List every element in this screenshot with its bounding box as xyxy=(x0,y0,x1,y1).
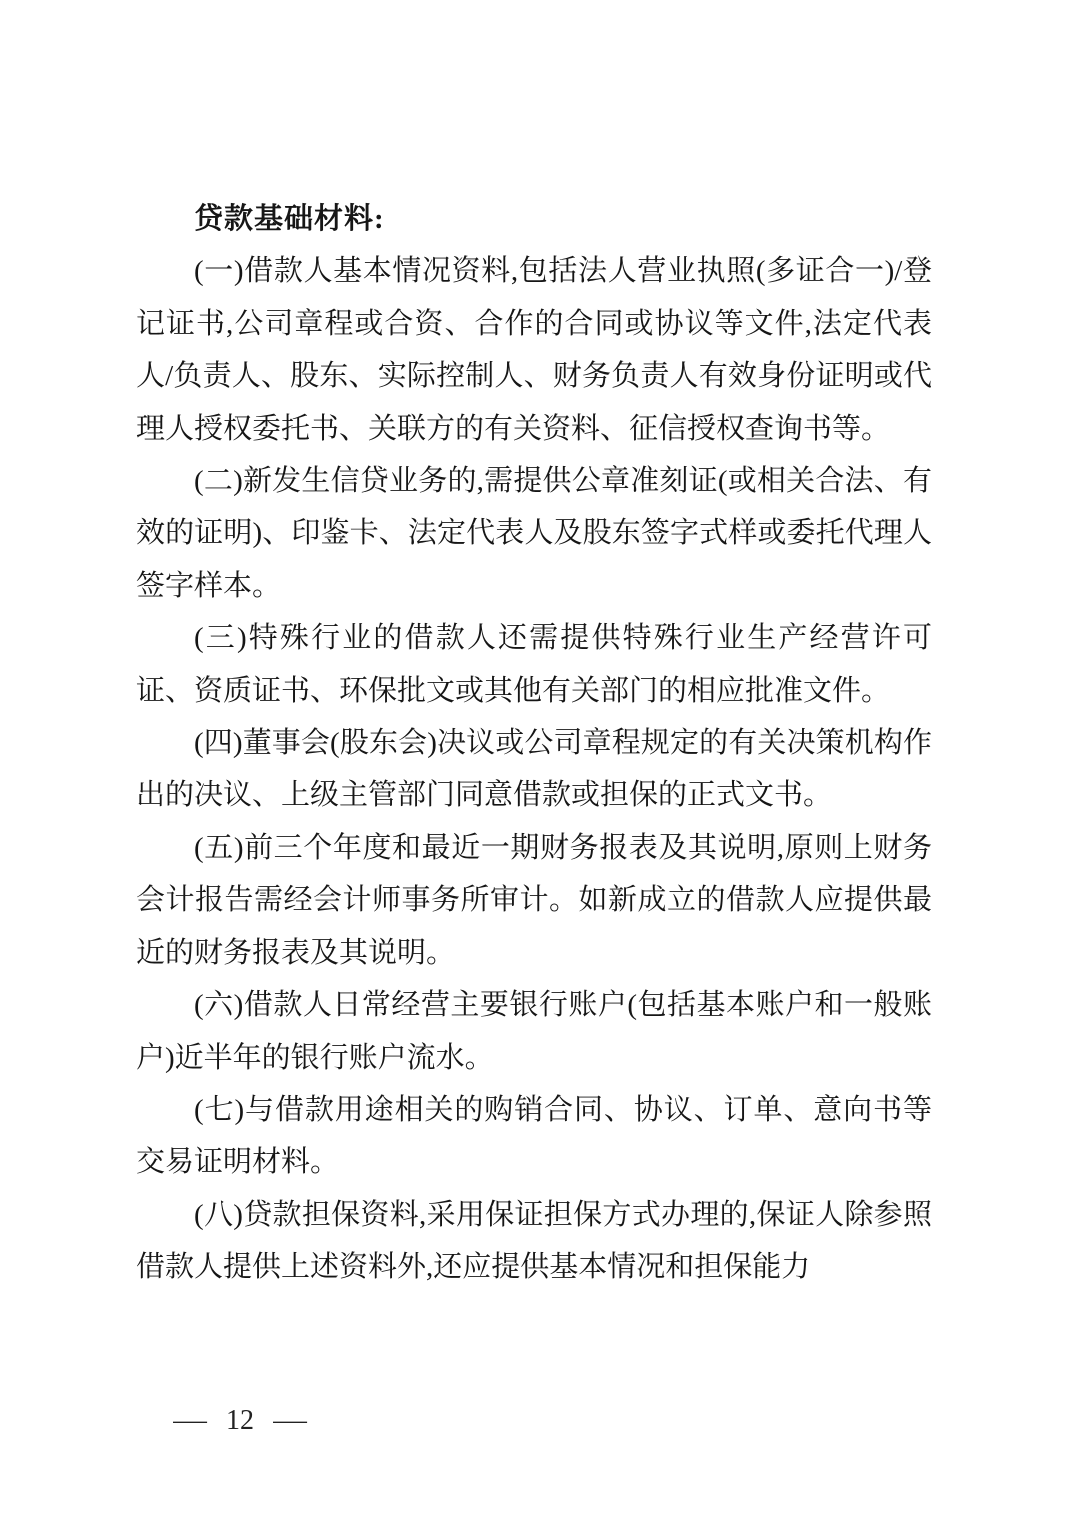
page-number: 12 xyxy=(226,1404,254,1438)
paragraph-item-4: (四)董事会(股东会)决议或公司章程规定的有关决策机构作出的决议、上级主管部门同… xyxy=(136,717,932,822)
paragraph-item-7: (七)与借款用途相关的购销合同、协议、订单、意向书等交易证明材料。 xyxy=(136,1084,932,1189)
paragraph-item-1: (一)借款人基本情况资料,包括法人营业执照(多证合一)/登记证书,公司章程或合资… xyxy=(136,245,932,455)
paragraph-item-8: (八)贷款担保资料,采用保证担保方式办理的,保证人除参照借款人提供上述资料外,还… xyxy=(136,1189,932,1294)
paragraph-item-3: (三)特殊行业的借款人还需提供特殊行业生产经营许可证、资质证书、环保批文或其他有… xyxy=(136,612,932,717)
page-footer: — 12 — xyxy=(176,1404,304,1438)
footer-left-dash: — xyxy=(173,1404,207,1438)
paragraph-item-5: (五)前三个年度和最近一期财务报表及其说明,原则上财务会计报告需经会计师事务所审… xyxy=(136,822,932,979)
paragraph-item-6: (六)借款人日常经营主要银行账户(包括基本账户和一般账户)近半年的银行账户流水。 xyxy=(136,979,932,1084)
document-page: 贷款基础材料: (一)借款人基本情况资料,包括法人营业执照(多证合一)/登记证书… xyxy=(0,0,1074,1520)
footer-right-dash: — xyxy=(273,1404,307,1438)
document-body: 贷款基础材料: (一)借款人基本情况资料,包括法人营业执照(多证合一)/登记证书… xyxy=(136,193,932,1294)
document-heading: 贷款基础材料: xyxy=(136,193,932,245)
paragraph-item-2: (二)新发生信贷业务的,需提供公章准刻证(或相关合法、有效的证明)、印鉴卡、法定… xyxy=(136,455,932,612)
